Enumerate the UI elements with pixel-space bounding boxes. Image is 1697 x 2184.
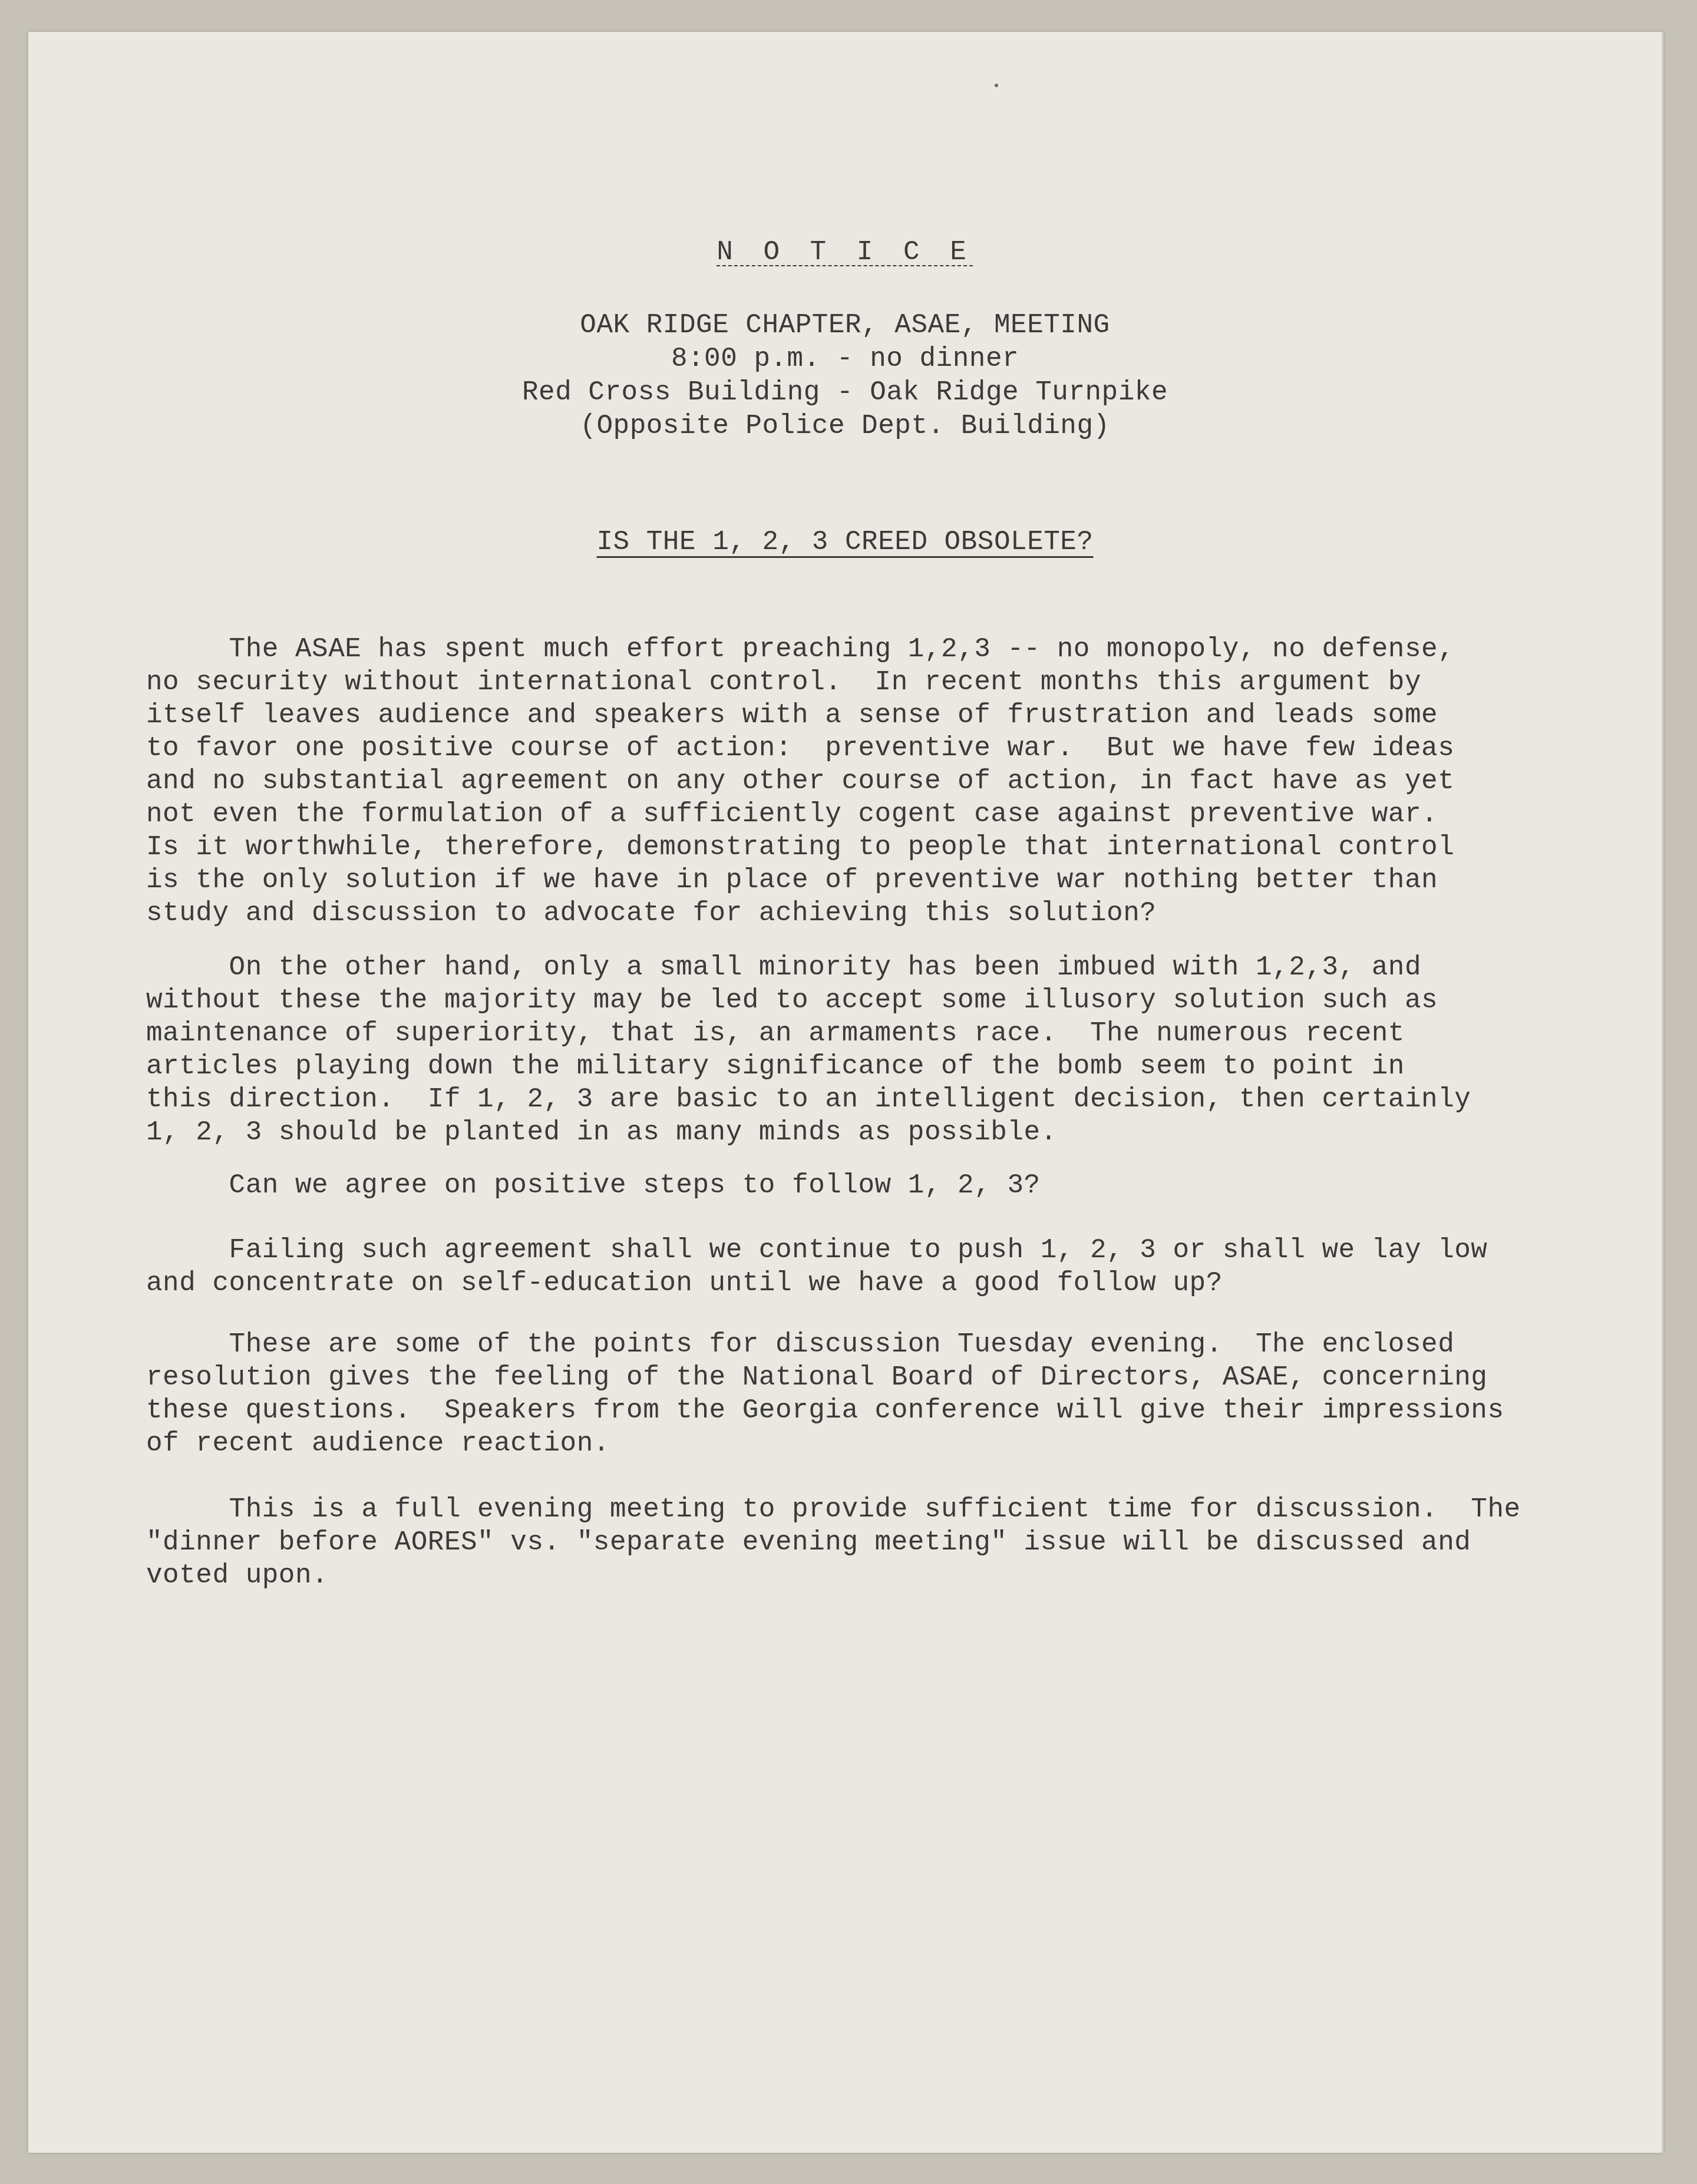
- paper-speck: [995, 84, 998, 87]
- paragraph-2: On the other hand, only a small minority…: [146, 951, 1560, 1149]
- header-line-landmark: (Opposite Police Dept. Building): [28, 409, 1662, 443]
- subject-heading: IS THE 1, 2, 3 CREED OBSOLETE?: [28, 527, 1662, 557]
- header-line-location: Red Cross Building - Oak Ridge Turnpike: [28, 376, 1662, 409]
- header-line-time: 8:00 p.m. - no dinner: [28, 342, 1662, 376]
- paragraph-3: Can we agree on positive steps to follow…: [146, 1169, 1560, 1202]
- paragraph-5: These are some of the points for discuss…: [146, 1328, 1560, 1460]
- header-line-chapter: OAK RIDGE CHAPTER, ASAE, MEETING: [28, 309, 1662, 342]
- paragraph-1: The ASAE has spent much effort preaching…: [146, 633, 1560, 930]
- document-page: N O T I C E OAK RIDGE CHAPTER, ASAE, MEE…: [28, 32, 1663, 2153]
- paragraph-4: Failing such agreement shall we continue…: [146, 1234, 1560, 1300]
- paragraph-6: This is a full evening meeting to provid…: [146, 1493, 1560, 1592]
- notice-title: N O T I C E: [28, 237, 1662, 267]
